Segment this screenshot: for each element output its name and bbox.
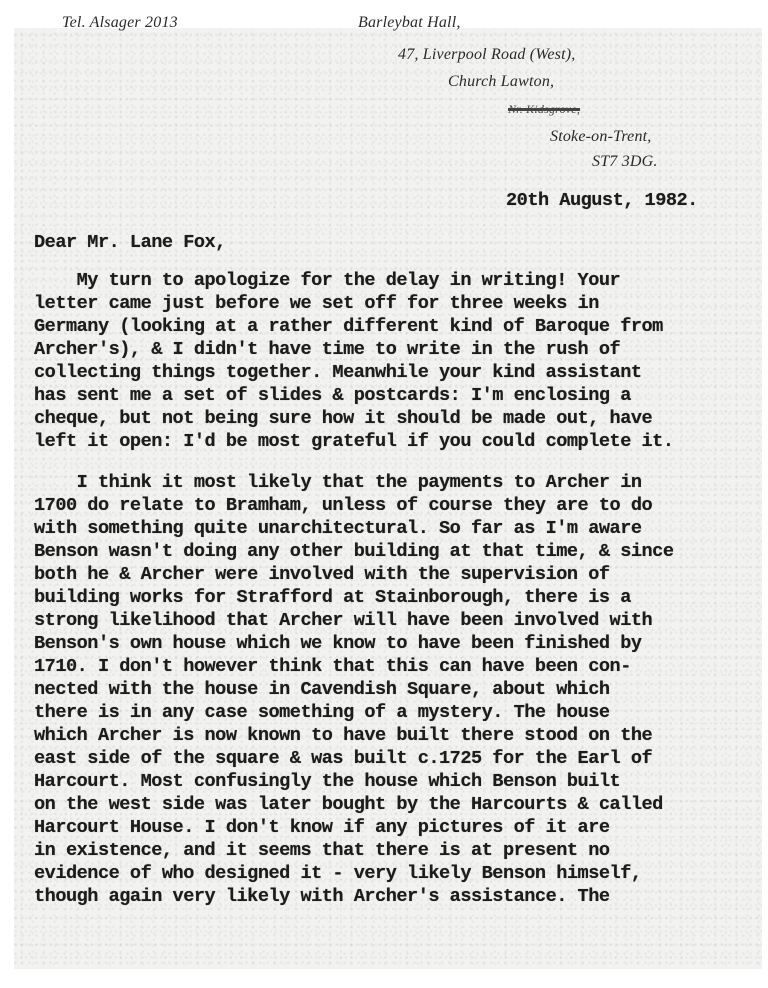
body-line: strong likelihood that Archer will have … <box>34 610 652 631</box>
telephone: Tel. Alsager 2013 <box>62 14 178 32</box>
body-line: east side of the square & was built c.17… <box>34 748 652 769</box>
body-line: 1710. I don't however think that this ca… <box>34 656 631 677</box>
body-line: nected with the house in Cavendish Squar… <box>34 679 610 700</box>
body-line: left it open: I'd be most grateful if yo… <box>34 431 673 452</box>
body-line: which Archer is now known to have built … <box>34 725 652 746</box>
body-line: building works for Strafford at Stainbor… <box>34 587 631 608</box>
body-line: Benson wasn't doing any other building a… <box>34 541 673 562</box>
body-line: there is in any case something of a myst… <box>34 702 610 723</box>
body-line: Archer's), & I didn't have time to write… <box>34 339 620 360</box>
body-line: cheque, but not being sure how it should… <box>34 408 652 429</box>
body-line: I think it most likely that the payments… <box>34 472 642 493</box>
body-line: in existence, and it seems that there is… <box>34 840 610 861</box>
address-line-2: 47, Liverpool Road (West), <box>398 46 575 64</box>
address-line-3: Church Lawton, <box>448 73 554 91</box>
body-line: with something quite unarchitectural. So… <box>34 518 642 539</box>
address-line-1: Barleybat Hall, <box>358 14 461 32</box>
body-line: though again very likely with Archer's a… <box>34 886 610 907</box>
body-line: on the west side was later bought by the… <box>34 794 663 815</box>
address-line-5: Stoke-on-Trent, <box>550 128 652 146</box>
salutation: Dear Mr. Lane Fox, <box>34 232 226 253</box>
body-line: 1700 do relate to Bramham, unless of cou… <box>34 495 652 516</box>
body-line: Harcourt. Most confusingly the house whi… <box>34 771 620 792</box>
body-line: both he & Archer were involved with the … <box>34 564 610 585</box>
letter-date: 20th August, 1982. <box>506 190 698 211</box>
body-line: evidence of who designed it - very likel… <box>34 863 642 884</box>
body-line: has sent me a set of slides & postcards:… <box>34 385 631 406</box>
body-line: Harcourt House. I don't know if any pict… <box>34 817 610 838</box>
body-line: letter came just before we set off for t… <box>34 293 599 314</box>
address-line-6: ST7 3DG. <box>592 153 658 171</box>
body-line: My turn to apologize for the delay in wr… <box>34 270 620 291</box>
body-line: Germany (looking at a rather different k… <box>34 316 663 337</box>
body-line: Benson's own house which we know to have… <box>34 633 642 654</box>
body-line: collecting things together. Meanwhile yo… <box>34 362 642 383</box>
address-line-struck: Nr. Kidsgrove, <box>508 102 580 117</box>
